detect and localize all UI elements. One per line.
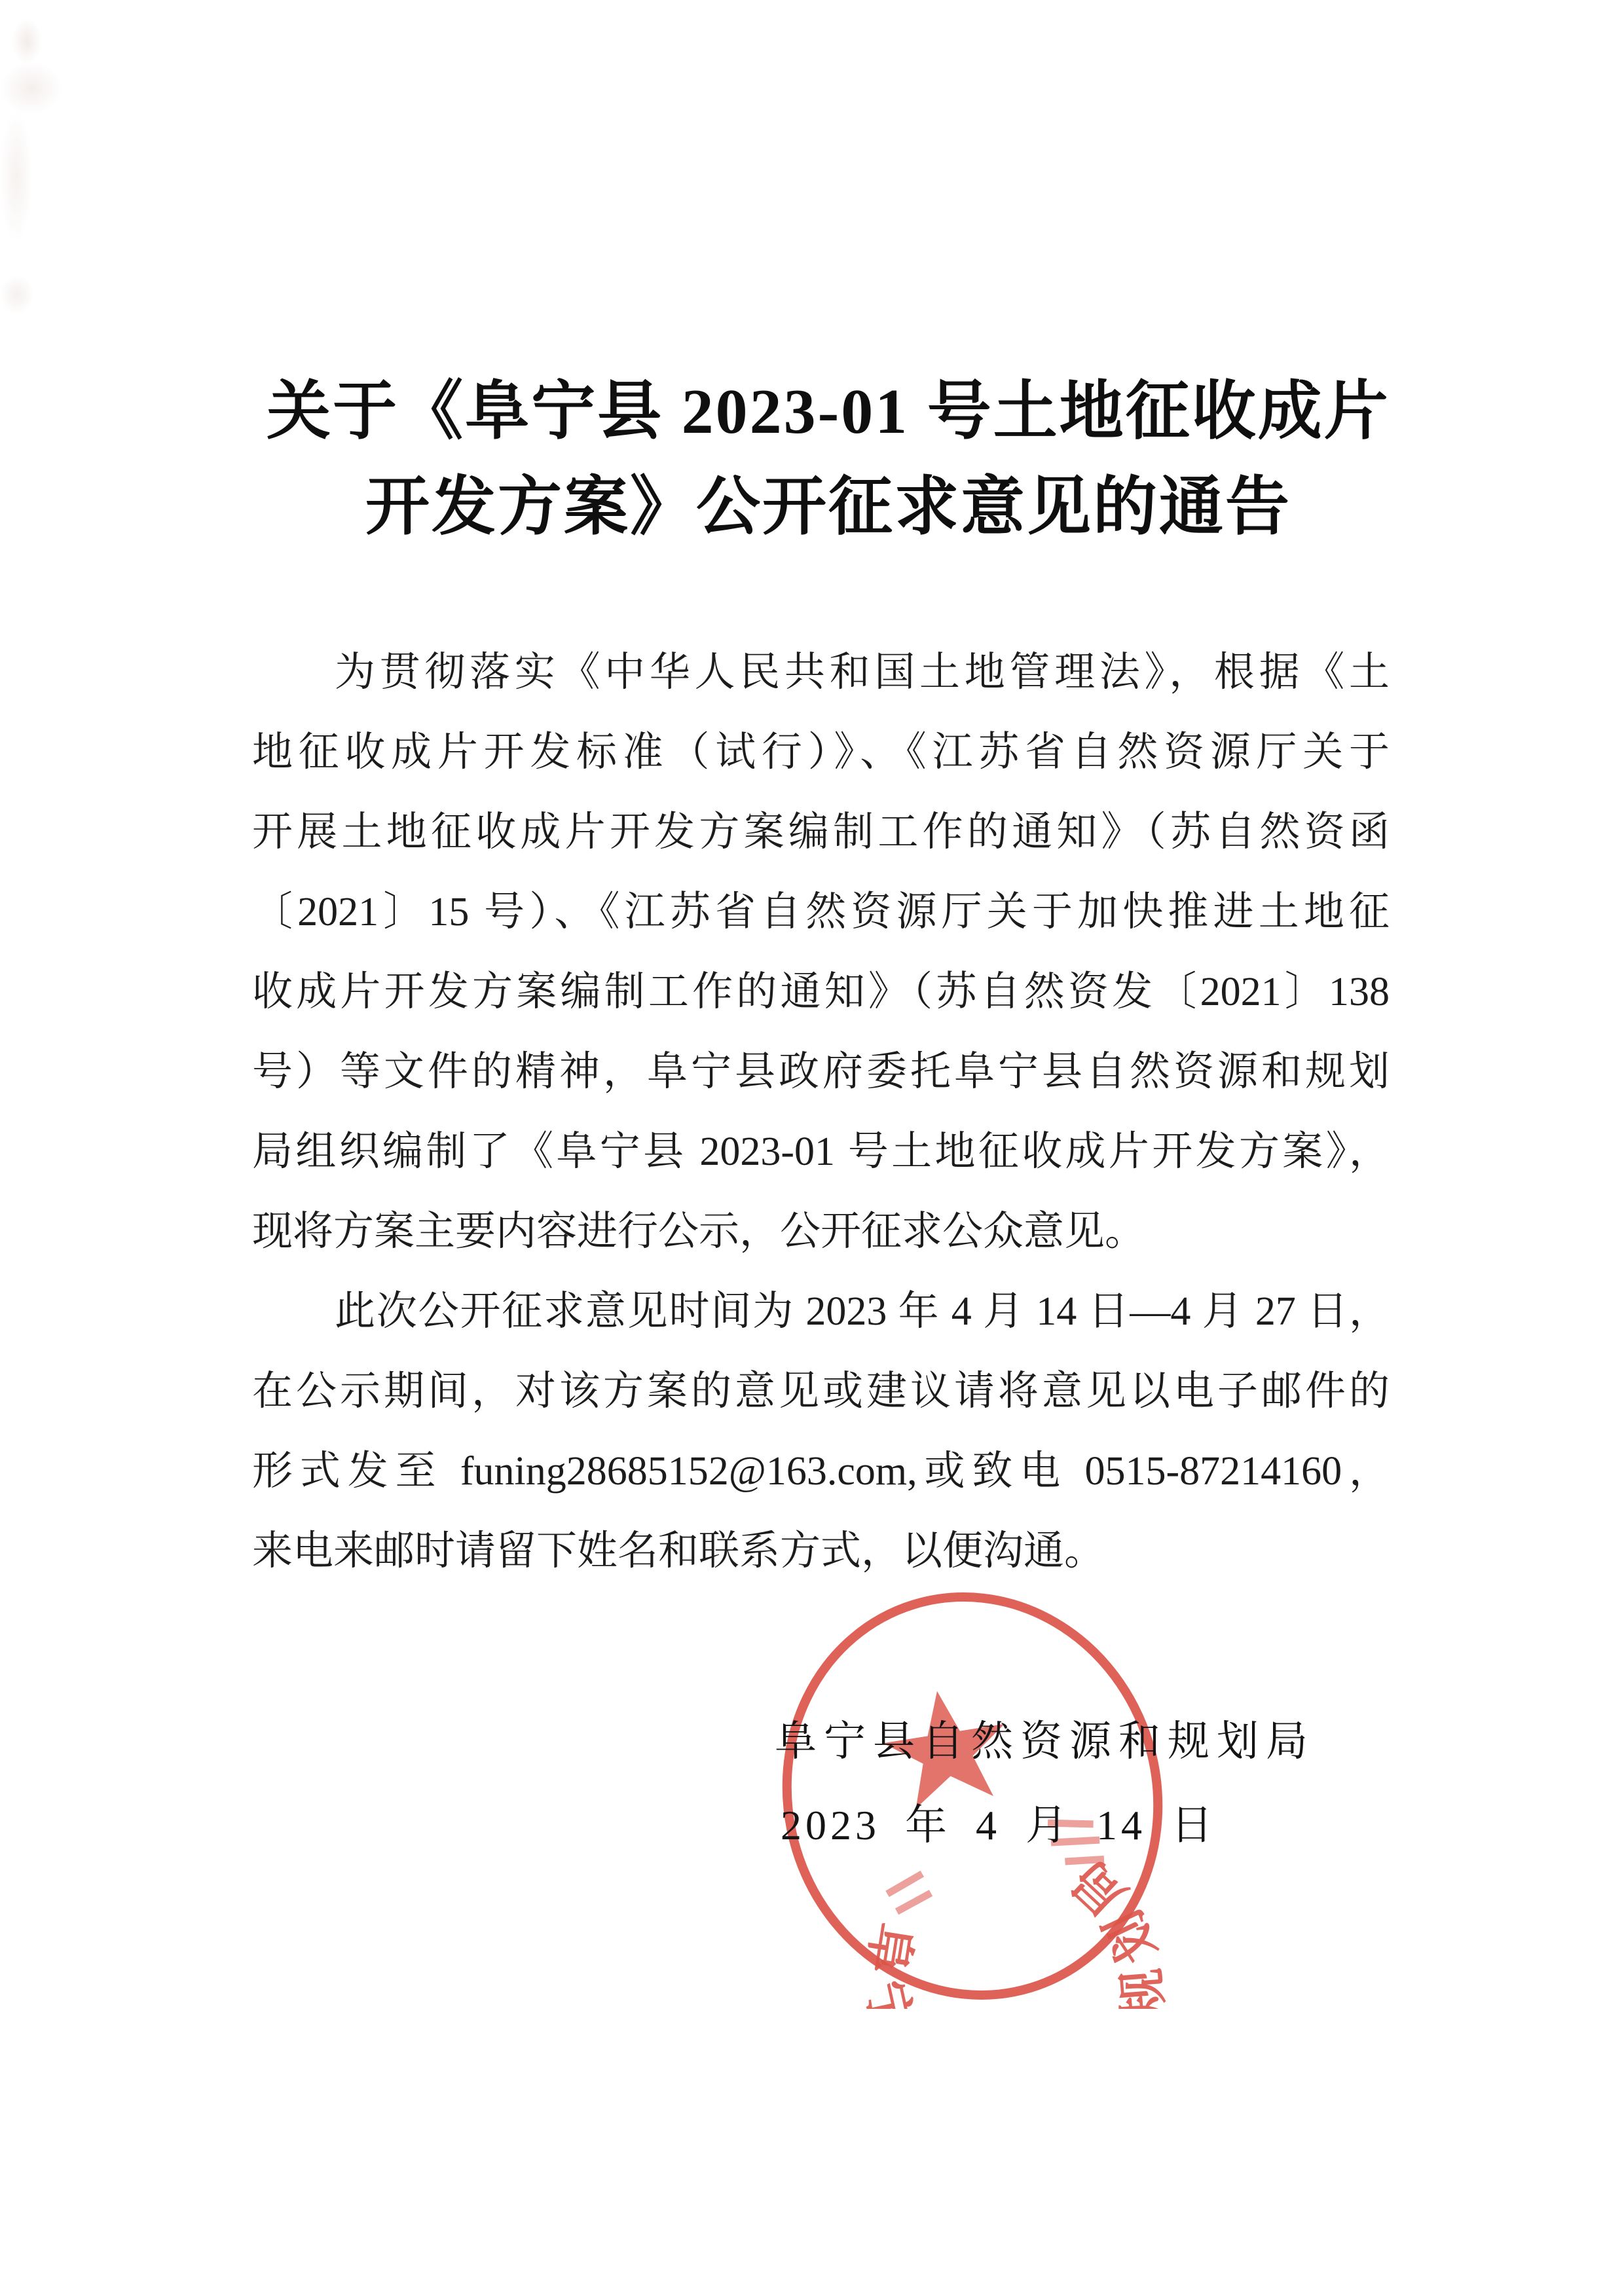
- scan-smudge: [0, 62, 62, 115]
- body-line: 开展土地征收成片开发方案编制工作的通知》（苏自然资函: [252, 792, 1390, 872]
- scan-smudge: [12, 18, 42, 64]
- seal-impression-mark: [885, 1873, 933, 1913]
- body-line: 现将方案主要内容进行公示，公开征求公众意见。: [252, 1192, 1390, 1272]
- notice-title: 关于《阜宁县 2023-01 号土地征收成片 开发方案》公开征求意见的通告: [177, 364, 1480, 555]
- document-page: 关于《阜宁县 2023-01 号土地征收成片 开发方案》公开征求意见的通告 为贯…: [0, 0, 1624, 2295]
- notice-title-line2: 开发方案》公开征求意见的通告: [177, 460, 1480, 555]
- notice-title-line1: 关于《阜宁县 2023-01 号土地征收成片: [177, 364, 1480, 460]
- body-line: 局组织编制了《阜宁县 2023-01 号土地征收成片开发方案》，: [252, 1112, 1390, 1192]
- body-line: 为贯彻落实《中华人民共和国土地管理法》，根据《土: [252, 633, 1390, 712]
- body-line: 来电来邮时请留下姓名和联系方式，以便沟通。: [252, 1511, 1390, 1591]
- body-line: 〔2021〕15 号）、《江苏省自然资源厅关于加快推进土地征: [252, 872, 1390, 952]
- signature-organization: 阜宁县自然资源和规划局: [775, 1708, 1315, 1768]
- body-line: 形式发至 funing28685152@163.com,或致电 0515-872…: [252, 1431, 1390, 1511]
- body-line: 在公示期间，对该方案的意见或建议请将意见以电子邮件的: [252, 1351, 1390, 1431]
- scan-smudge: [0, 111, 33, 242]
- svg-text:阜宁县自然资源和规划局: 阜宁县自然资源和规划局: [829, 1827, 1169, 2009]
- notice-body: 为贯彻落实《中华人民共和国土地管理法》，根据《土 地征收成片开发标准（试行）》、…: [252, 633, 1390, 1591]
- signature-date: 2023 年 4 月 14 日: [781, 1791, 1217, 1852]
- body-line: 收成片开发方案编制工作的通知》（苏自然资发〔2021〕138: [252, 952, 1390, 1032]
- scan-smudge: [0, 275, 34, 314]
- seal-ring-text: 阜宁县自然资源和规划局: [829, 1827, 1169, 2009]
- body-line: 号）等文件的精神，阜宁县政府委托阜宁县自然资源和规划: [252, 1032, 1390, 1112]
- body-line: 地征收成片开发标准（试行）》、《江苏省自然资源厅关于: [252, 712, 1390, 792]
- body-line: 此次公开征求意见时间为 2023 年 4 月 14 日—4 月 27 日，: [252, 1272, 1390, 1351]
